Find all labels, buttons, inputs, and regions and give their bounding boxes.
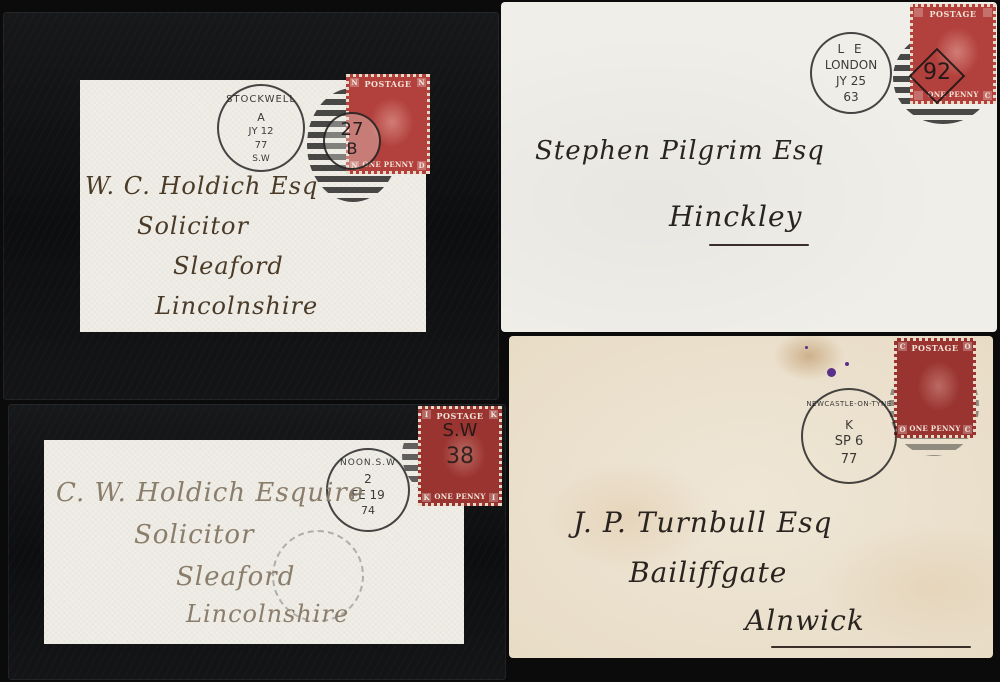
- address-line: Lincolnshire: [186, 600, 349, 628]
- postmark-year: 63: [812, 90, 890, 104]
- corner-letter: N: [417, 78, 426, 87]
- numeral-district: S.W: [418, 420, 502, 441]
- postmark-year: 77: [219, 140, 303, 151]
- address-line: Solicitor: [137, 212, 249, 240]
- stamp-top-text: POSTAGE: [897, 343, 973, 353]
- address-line: Bailiffgate: [629, 556, 787, 589]
- cover-bottom-right: C POSTAGE O O ONE PENNY C NEWCASTLE-ON-T…: [509, 336, 993, 658]
- postmark-stockwell: STOCKWELL A JY 12 77 S.W: [217, 84, 305, 172]
- numeral-number: 92: [917, 60, 957, 85]
- address-line: Hinckley: [669, 200, 802, 233]
- address-line: J. P. Turnbull Esq: [573, 506, 832, 539]
- numeral-cancel: 27 B: [323, 112, 381, 170]
- postmark-date: JY 25: [812, 74, 890, 88]
- postmark-code: L E: [812, 42, 890, 56]
- stamp-top-text: POSTAGE: [349, 79, 427, 89]
- ink-speck: [845, 362, 849, 366]
- ink-speck: [805, 346, 808, 349]
- numeral-letter: B: [325, 140, 379, 158]
- address-line: Stephen Pilgrim Esq: [535, 136, 825, 166]
- address-line: Sleaford: [176, 562, 295, 592]
- postmark-date: JY 12: [219, 126, 303, 137]
- postmark-code: K: [803, 418, 895, 432]
- numeral-number: 27: [325, 120, 379, 140]
- address-line: Alnwick: [745, 604, 865, 637]
- numeral-number: 38: [418, 444, 502, 469]
- address-line: W. C. Holdich Esq: [85, 172, 318, 200]
- corner-letter: I: [489, 493, 498, 502]
- postmark-code: A: [219, 111, 303, 124]
- stamp-bottom-text: ONE PENNY: [897, 424, 973, 433]
- penny-red-stamp: C POSTAGE O O ONE PENNY C: [894, 338, 976, 438]
- address-line: Solicitor: [134, 520, 255, 550]
- cover-top-right: POSTAGE ONE PENNY C 92 L E LONDON JY 25 …: [501, 2, 997, 332]
- address-line: Sleaford: [173, 252, 284, 280]
- corner-letter: O: [963, 342, 972, 351]
- postmark-year: 77: [803, 452, 895, 467]
- postmark-date: SP 6: [803, 434, 895, 449]
- corner-letter: C: [983, 91, 992, 100]
- cover-bottom-left: I POSTAGE K K ONE PENNY I S.W 38 NOON.S.…: [8, 404, 506, 680]
- postmark-town: STOCKWELL: [219, 94, 303, 105]
- cover-top-left: N POSTAGE N N ONE PENNY D 27 B STOCKWELL…: [3, 12, 499, 400]
- stamp-top-text: POSTAGE: [913, 9, 993, 19]
- postmark-newcastle: NEWCASTLE-ON-TYNE K SP 6 77: [801, 388, 897, 484]
- postmark-town: NEWCASTLE-ON-TYNE: [803, 400, 895, 408]
- postmark-town: NOON.S.W: [328, 458, 408, 468]
- corner-letter: K: [489, 410, 498, 419]
- corner-letter: [983, 8, 992, 17]
- corner-letter: C: [963, 425, 972, 434]
- corner-letter: D: [417, 161, 426, 170]
- stamp-bottom-text: ONE PENNY: [421, 492, 499, 501]
- ink-speck: [827, 368, 836, 377]
- underline: [709, 244, 809, 246]
- postmark-district: S.W: [219, 154, 303, 164]
- underline: [771, 646, 971, 648]
- address-line: C. W. Holdich Esquire: [56, 478, 364, 508]
- address-line: Lincolnshire: [155, 292, 318, 320]
- postmark-town: LONDON: [812, 58, 890, 72]
- postmark-london: L E LONDON JY 25 63: [810, 32, 892, 114]
